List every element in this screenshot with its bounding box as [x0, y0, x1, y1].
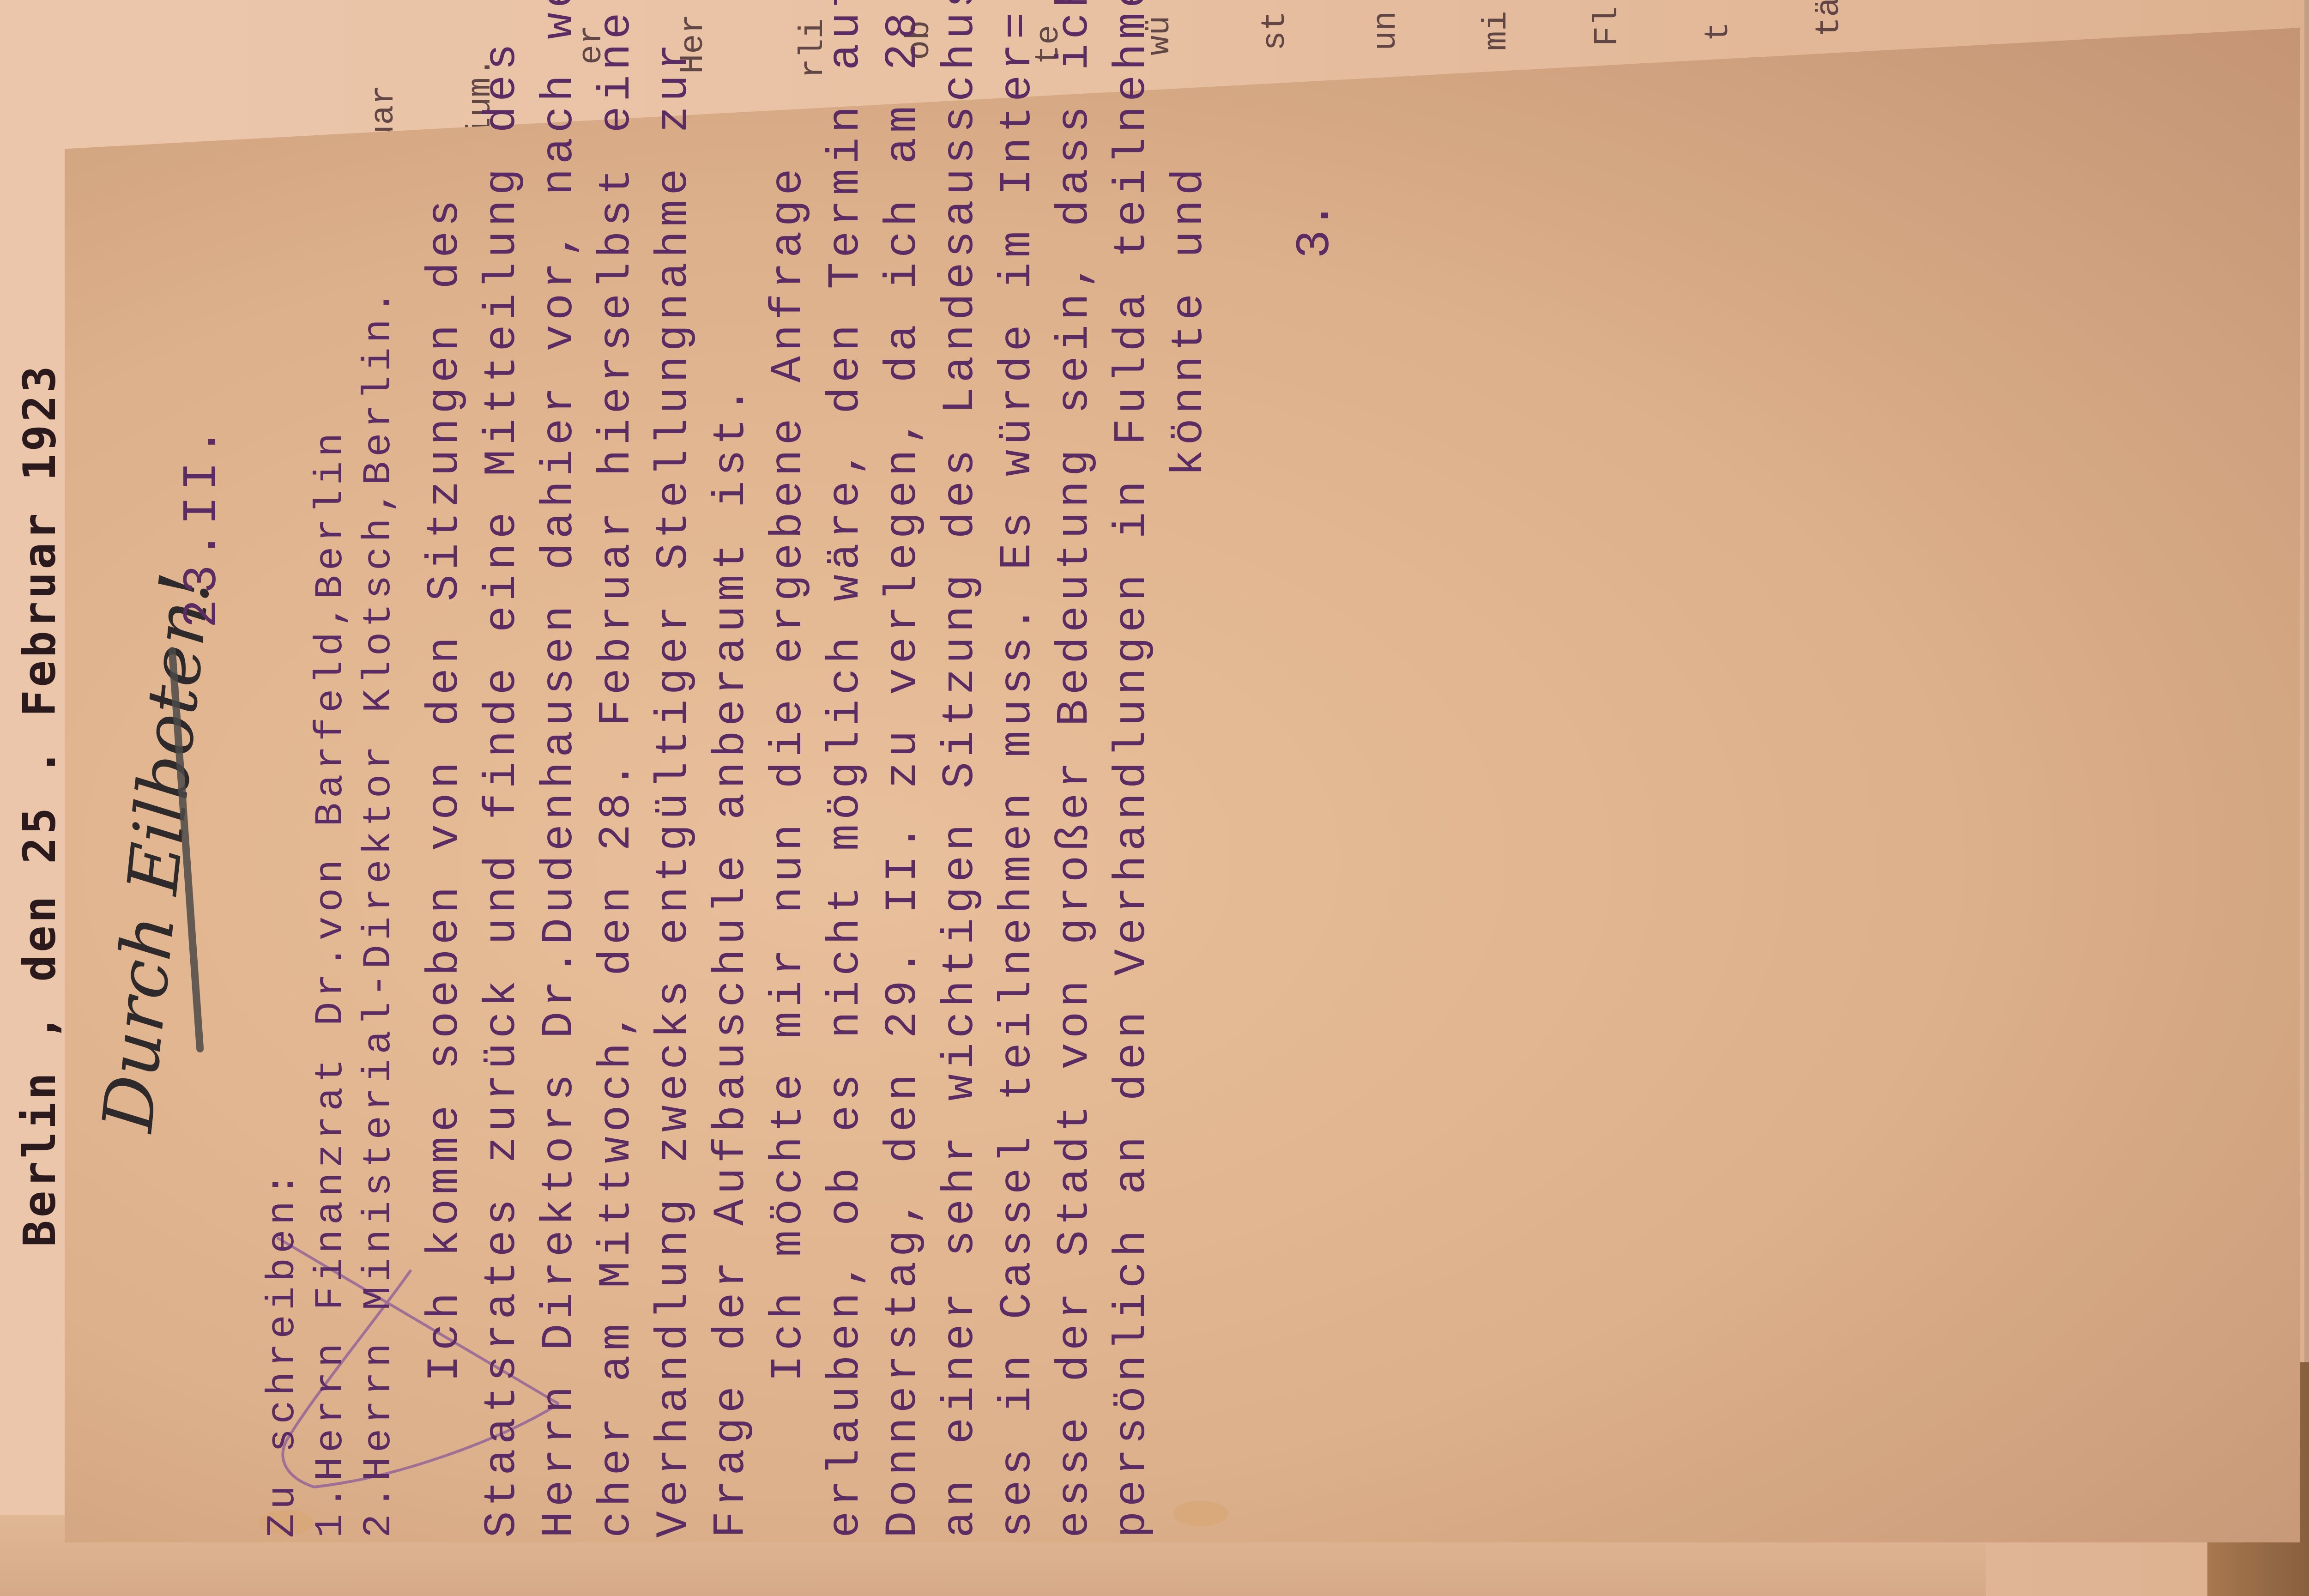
body-line: ses in Cassel teilnehmen muss. Es würde …: [989, 14, 1046, 1538]
body-line: persönlich an den Verhandlungen in Fulda…: [1104, 14, 1161, 1538]
body-line: Ich möchte mir nun die ergebene Anfrage: [760, 14, 817, 1538]
body-line: erlauben, ob es nicht möglich wäre, den …: [817, 14, 875, 1538]
peek-fragment: t: [1699, 22, 1737, 42]
underlying-page-header: Berlin , den 25 . Februar 1923: [14, 363, 66, 1247]
recipient-line: 2.Herrn Ministerial-Direktor Klotsch,Ber…: [355, 14, 403, 1538]
body-line: an einer sehr wichtigen Sitzung des Land…: [932, 14, 989, 1538]
spacer: [403, 14, 417, 1538]
peek-fragment: un: [1367, 11, 1405, 51]
body-line: cher am Mittwoch, den 28. Februar hierse…: [588, 14, 646, 1538]
body-line: Staatsrates zurück und finde eine Mittei…: [474, 14, 531, 1538]
page-number: 3.: [1288, 201, 1343, 259]
body-line: Donnerstag, den 29. II. zu verlegen, da …: [875, 14, 932, 1538]
letter-body: Zu schreiben: 1.Herrn Finanzrat Dr.von B…: [259, 14, 1218, 1538]
peek-fragment: mi: [1478, 11, 1516, 51]
body-line: Verhandlung zwecks entgültiger Stellungn…: [646, 14, 703, 1538]
body-line: Ich komme soeben von den Sitzungen des: [417, 14, 474, 1538]
peek-fragment: Fl: [1589, 6, 1626, 46]
peek-fragment: tä: [1810, 0, 1848, 37]
peek-fragment: st: [1256, 11, 1294, 51]
letter-date: 23.II.: [175, 422, 230, 628]
body-line: Frage der Aufbauschule anberaumt ist.: [703, 14, 760, 1538]
recipient-line: 1.Herrn Finanzrat Dr.von Barfeld,Berlin: [307, 14, 355, 1538]
address-intro: Zu schreiben:: [259, 14, 307, 1538]
body-line: könnte und: [1161, 14, 1218, 1538]
body-line: Herrn Direktors Dr.Dudenhausen dahier vo…: [531, 14, 588, 1538]
book-edge: [2304, 0, 2309, 1385]
body-line: esse der Stadt von großer Bedeutung sein…: [1046, 14, 1104, 1538]
